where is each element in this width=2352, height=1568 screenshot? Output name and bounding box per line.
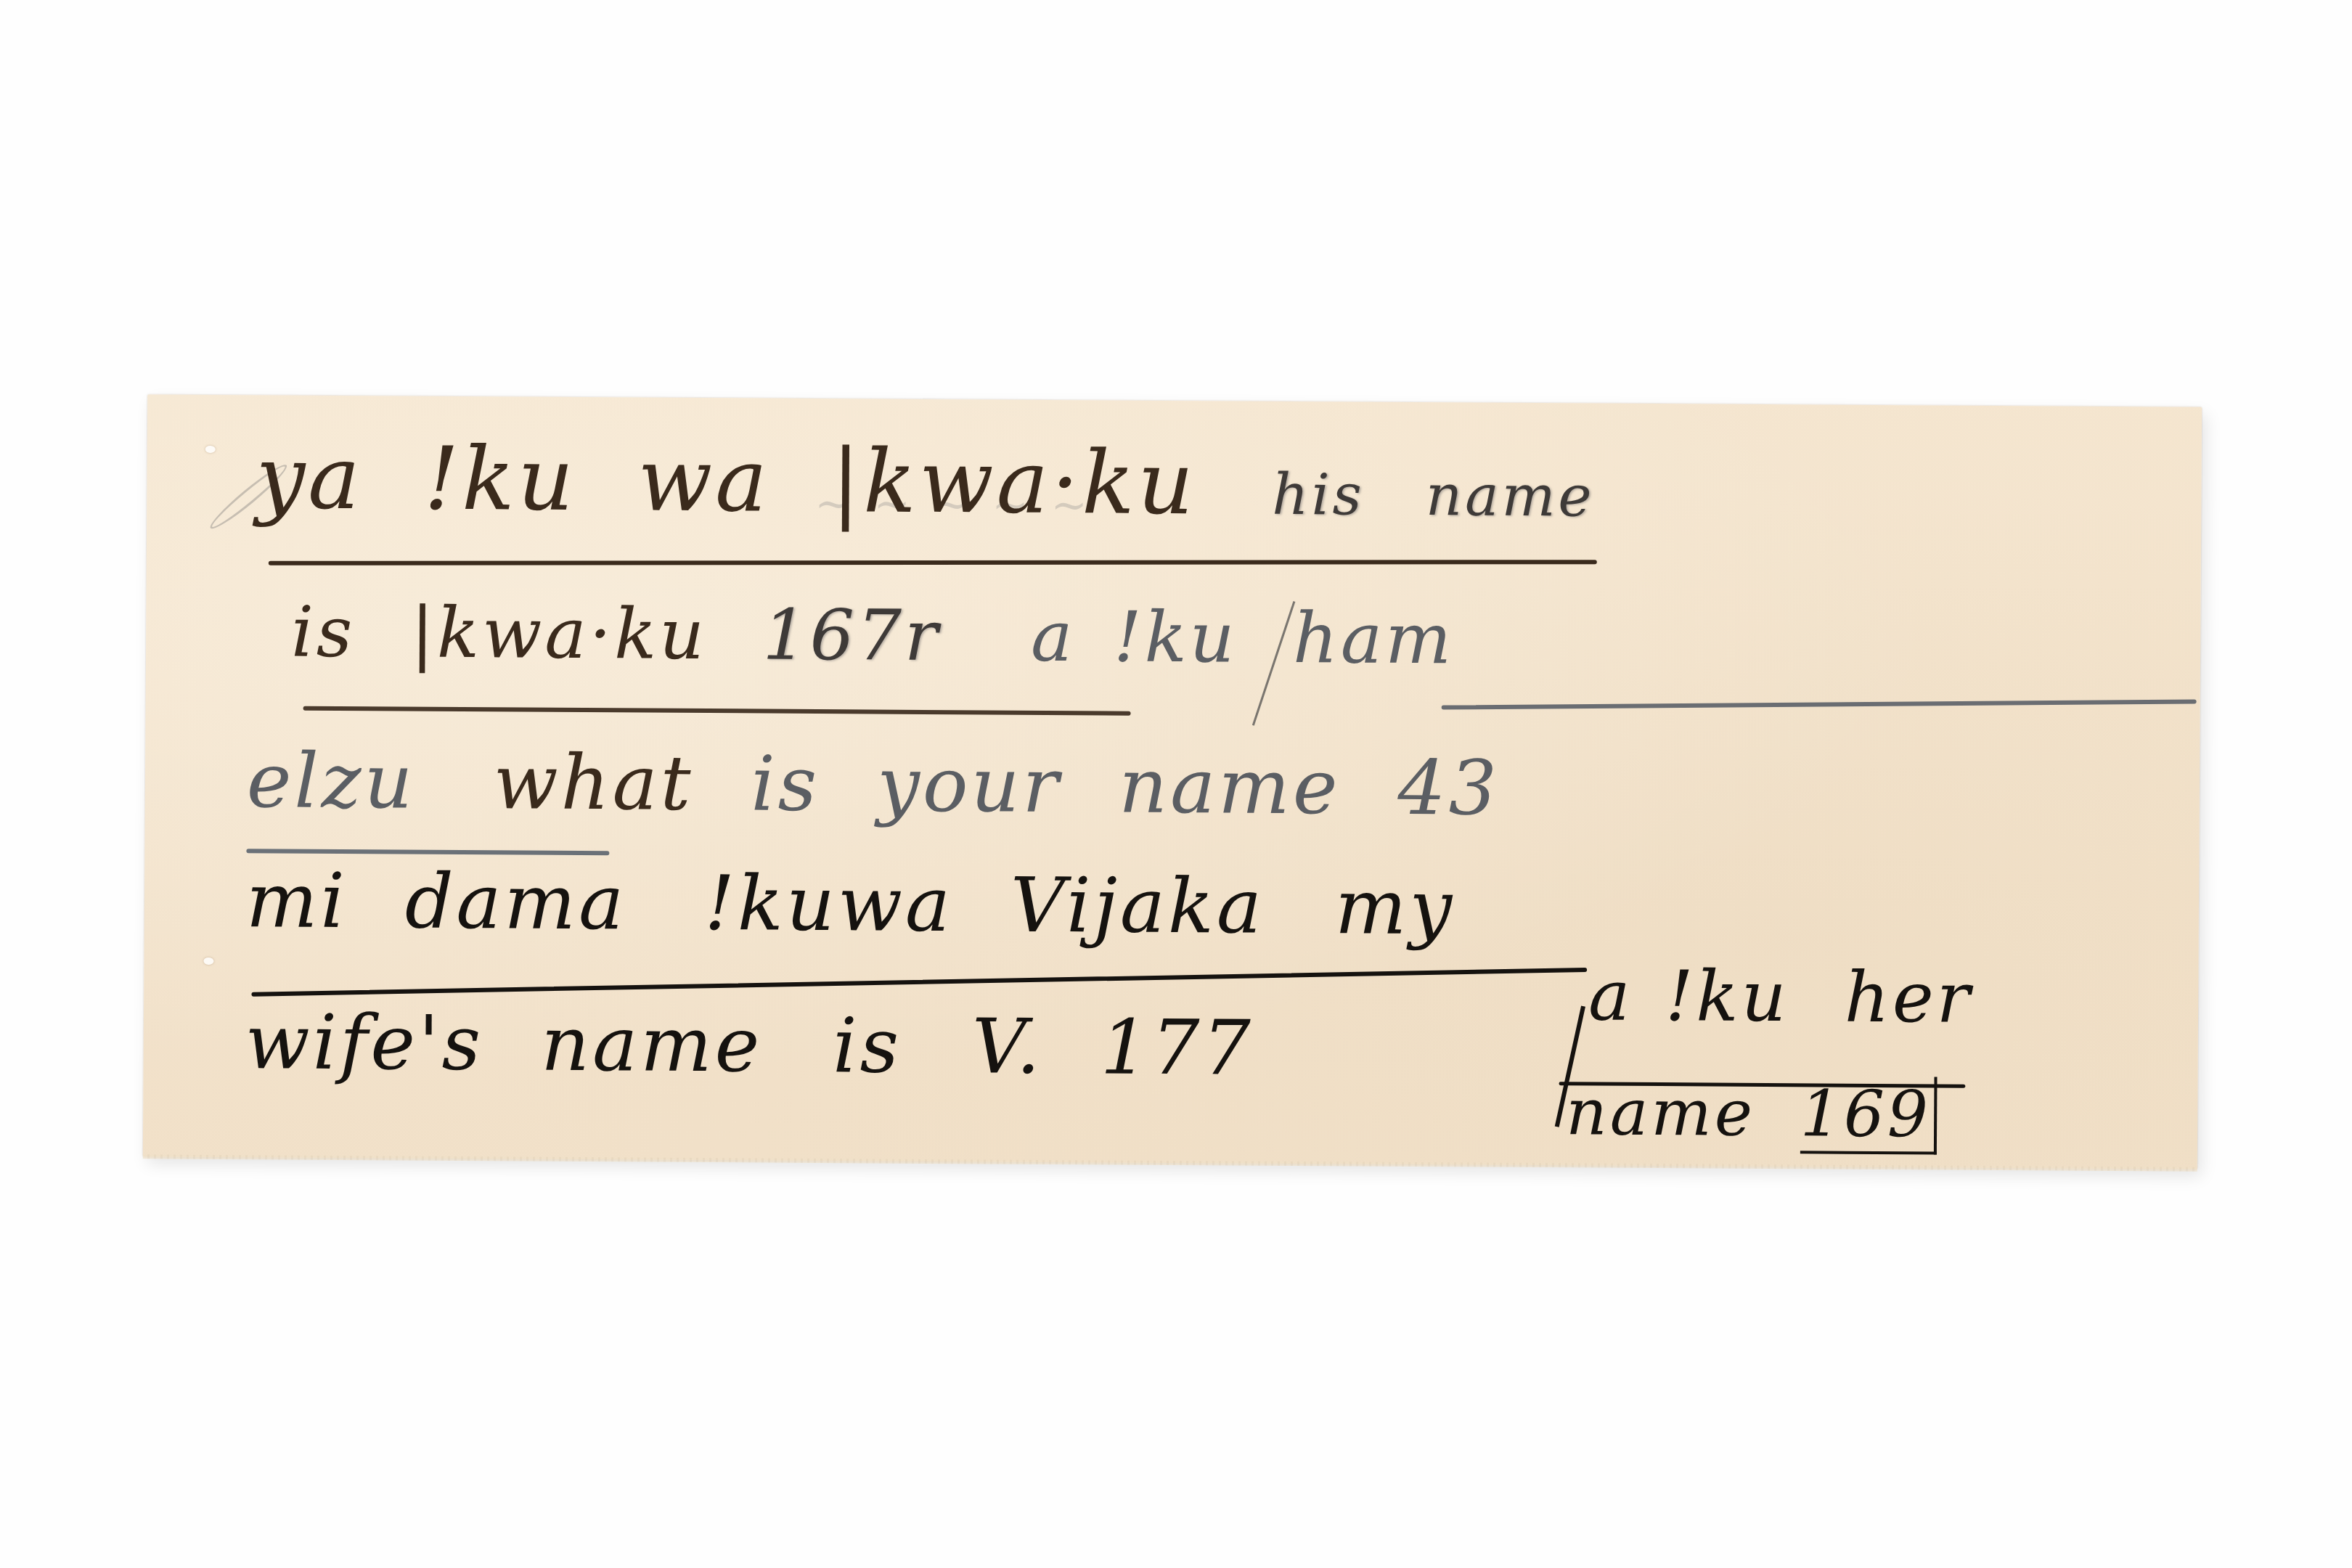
- underline: [251, 968, 1587, 997]
- word: elzu: [247, 736, 416, 825]
- word: a: [1588, 955, 1633, 1037]
- handwritten-line-1: ya !ku wa |kwa·ku his name: [256, 428, 1625, 537]
- underline: [1442, 699, 2197, 709]
- word: what: [493, 738, 694, 828]
- word: Vijaka: [1010, 861, 1265, 951]
- photo-background: ~ ~ ~ ~ ~ ya !ku wa |kwa·ku his name is …: [0, 0, 2352, 1568]
- word: wife's: [245, 997, 483, 1087]
- word: name: [1119, 742, 1341, 832]
- handwritten-line-5: wife's name is V. 177: [245, 997, 1284, 1093]
- underline: [303, 706, 1131, 716]
- word: 177: [1101, 1003, 1254, 1092]
- pinhole-mark: [203, 957, 213, 965]
- word: dama: [405, 857, 627, 947]
- handwritten-line-3: elzu what is your name 43: [247, 736, 1531, 833]
- word: |kwa·ku: [830, 431, 1196, 534]
- word: ham: [1293, 597, 1455, 679]
- boxed-number: 169: [1800, 1076, 1937, 1154]
- pinhole-mark: [205, 446, 216, 453]
- word: 43: [1397, 743, 1500, 833]
- word: !ku: [1114, 597, 1238, 679]
- word: |kwa·ku: [410, 592, 707, 675]
- word: mi: [246, 856, 348, 945]
- underline: [246, 849, 609, 855]
- word: !ku: [1665, 955, 1789, 1037]
- paper-slip: ~ ~ ~ ~ ~ ya !ku wa |kwa·ku his name is …: [143, 394, 2202, 1169]
- word: is: [833, 1001, 902, 1090]
- word: your: [877, 740, 1062, 830]
- underline: [269, 560, 1597, 565]
- word: !ku: [424, 429, 577, 531]
- word: my: [1335, 862, 1455, 952]
- word: wa: [637, 430, 770, 531]
- word: V.: [972, 1002, 1044, 1091]
- handwritten-line-2: is |kwa·ku 167r a !ku ham: [291, 592, 1485, 680]
- word: a: [1031, 596, 1076, 677]
- word: is: [751, 739, 820, 828]
- handwritten-line-5-upper: a !ku her: [1588, 955, 2004, 1039]
- handwritten-line-4: mi dama !kuwa Vijaka my: [246, 856, 1486, 952]
- word: her: [1845, 957, 1973, 1039]
- word: his: [1272, 462, 1365, 528]
- word: !kuwa: [704, 859, 954, 949]
- word: name: [1426, 463, 1595, 529]
- word: is: [291, 592, 356, 674]
- word: name: [541, 1000, 763, 1090]
- handwritten-line-5-lower: name 169: [1566, 1074, 1937, 1154]
- word: name: [1566, 1074, 1755, 1151]
- word: 167r: [762, 595, 941, 677]
- word: ya: [256, 428, 363, 529]
